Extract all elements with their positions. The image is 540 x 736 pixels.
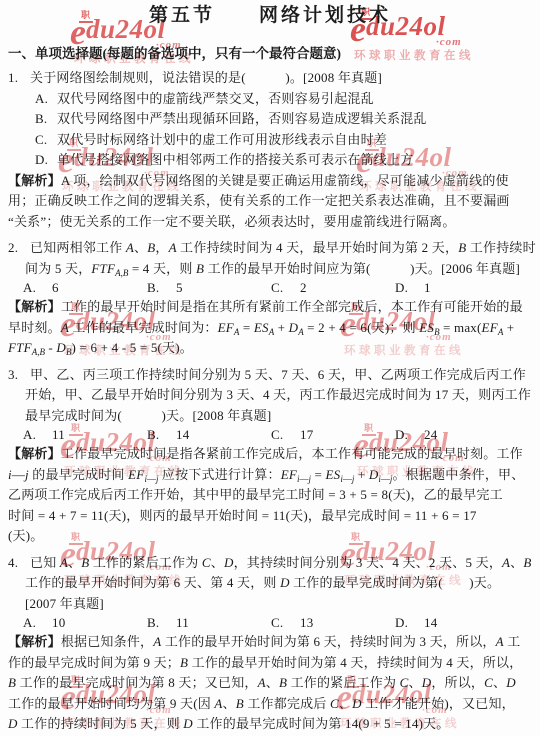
option-a: A.10 xyxy=(23,614,147,632)
option-label: B. xyxy=(147,614,168,632)
option-value: 14 xyxy=(176,426,189,444)
option-label: D. xyxy=(395,614,416,632)
option-value: 2 xyxy=(300,279,307,297)
option-b: B.双代号网络图中严禁出现循环回路，否则容易造成逻辑关系混乱 xyxy=(0,109,540,130)
analysis-line: i—j 的最早完成时间 EFi—j 应按下式进行计算：EFi—j = ESi—j… xyxy=(0,465,540,486)
option-text: 双代号网络图中严禁出现循环回路，否则容易造成逻辑关系混乱 xyxy=(57,111,427,126)
question-stem-line: [2007 年真题] xyxy=(0,594,540,615)
option-d: D.14 xyxy=(395,614,519,632)
question-stem-line: 最早完成时间为( )天。[2008 年真题] xyxy=(0,406,540,427)
question-stem: 3.甲、乙、丙三项工作持续时间分别为 5 天、7 天、6 天，甲、乙两项工作完成… xyxy=(0,365,540,386)
analysis-line: (天)。 xyxy=(0,526,540,547)
option-value: 11 xyxy=(52,426,65,444)
question-stem-line: 开始，甲、乙最早开始时间分别为 3 天、4 天，丙工作最迟完成时间为 17 天，… xyxy=(0,385,540,406)
question-4: 4.已知 A、B 工作的紧后工作为 C、D，其持续时间分别为 3 天、4 天、2… xyxy=(0,553,540,735)
page-content: 第五节 网络计划技术 一、单项选择题(每题的备选项中，只有一个最符合题意) 1.… xyxy=(0,0,540,735)
option-d: D.单代号搭接网络图中相邻两工作的搭接关系可表示在箭线上方 xyxy=(0,150,540,171)
option-label: B. xyxy=(35,109,57,130)
analysis-line: 工作的最早开始时间均为第 9 天(因 A、B 工作都完成后 C、D 工作才能开始… xyxy=(0,694,540,715)
option-a: A.11 xyxy=(23,426,147,444)
option-c: C.2 xyxy=(271,279,395,297)
option-text: 单代号搭接网络图中相邻两工作的搭接关系可表示在箭线上方 xyxy=(57,152,413,167)
question-number: 3. xyxy=(0,365,30,386)
option-c: C.13 xyxy=(271,614,395,632)
option-c: C.双代号时标网络计划中的虚工作可用波形线表示自由时差 xyxy=(0,130,540,151)
option-label: C. xyxy=(271,426,292,444)
question-1: 1.关于网络图绘制规则，说法错误的是( )。[2008 年真题] A.双代号网络… xyxy=(0,68,540,232)
option-label: A. xyxy=(23,426,44,444)
option-value: 24 xyxy=(424,426,437,444)
option-d: D.24 xyxy=(395,426,519,444)
option-label: C. xyxy=(271,279,292,297)
question-stem: 1.关于网络图绘制规则，说法错误的是( )。[2008 年真题] xyxy=(0,68,540,89)
option-text: 双代号网络图中的虚箭线严禁交叉，否则容易引起混乱 xyxy=(57,91,374,106)
analysis-line: 早时刻。A 工作的最早完成时间为：EFA = ESA + DA = 2 + 4 … xyxy=(0,318,540,339)
analysis-line: 作的最早完成时间为第 9 天；B 工作的最早开始时间为第 4 天，持续时间为 4… xyxy=(0,653,540,674)
option-label: D. xyxy=(35,150,57,171)
question-stem: 2.已知两相邻工作 A、B，A 工作持续时间为 4 天，最早开始时间为第 2 天… xyxy=(0,238,540,259)
option-value: 14 xyxy=(424,614,437,632)
scanned-exam-page: 职edu24ol·com环球职业教育在线职edu24ol·com环球职业教育在线… xyxy=(0,0,540,736)
question-number: 4. xyxy=(0,553,30,574)
option-value: 1 xyxy=(424,279,431,297)
option-label: D. xyxy=(395,279,416,297)
question-stem-line: 间为 5 天，FTFA,B = 4 天，则 B 工作的最早开始时间应为第( )天… xyxy=(0,259,540,280)
analysis-line: 【解析】根据已知条件，A 工作的最早开始时间为第 6 天，持续时间为 3 天，所… xyxy=(0,632,540,653)
option-label: A. xyxy=(35,89,57,110)
option-c: C.17 xyxy=(271,426,395,444)
option-d: D.1 xyxy=(395,279,519,297)
question-number: 2. xyxy=(0,238,30,259)
option-label: C. xyxy=(35,130,57,151)
option-value: 5 xyxy=(176,279,183,297)
analysis-line: 用；正确反映工作之间的逻辑关系，使有关系的工作一定把关系表达准确，且不要漏画 xyxy=(0,191,540,212)
option-label: B. xyxy=(147,426,168,444)
option-a: A.6 xyxy=(23,279,147,297)
option-label: B. xyxy=(147,279,168,297)
analysis-line: 【解析】工作的最早开始时间是指在其所有紧前工作全部完成后，本工作有可能开始的最 xyxy=(0,297,540,318)
option-value: 6 xyxy=(52,279,59,297)
analysis-line: “关系”；使无关系的工作一定不要关联，必须表达时，要用虚箭线进行隔离。 xyxy=(0,212,540,233)
analysis-line: B 工作的最早完成时间为第 8 天；又已知，A、B 工作的紧后工作为 C、D，所… xyxy=(0,673,540,694)
analysis-line: D 工作的持续时间为 5 天，则 D 工作的最早完成时间为第 14(9 + 5 … xyxy=(0,714,540,735)
option-label: A. xyxy=(23,279,44,297)
analysis-line: 时间 = 4 + 7 = 11(天)，则丙的最早开始时间 = 11(天)，最早完… xyxy=(0,506,540,527)
option-a: A.双代号网络图中的虚箭线严禁交叉，否则容易引起混乱 xyxy=(0,89,540,110)
analysis-line: 【解析】工作最早完成时间是指各紧前工作完成后，本工作有可能完成的最早时刻。工作 xyxy=(0,444,540,465)
options-row: A.11B.14C.17D.24 xyxy=(0,426,540,444)
option-label: C. xyxy=(271,614,292,632)
question-stem-line: 已知 A、B 工作的紧后工作为 C、D，其持续时间分别为 3 天、4 天、2 天… xyxy=(30,555,532,570)
question-stem-line: 已知两相邻工作 A、B，A 工作持续时间为 4 天，最早开始时间为第 2 天，B… xyxy=(30,240,536,255)
option-value: 13 xyxy=(300,614,313,632)
section-heading: 一、单项选择题(每题的备选项中，只有一个最符合题意) xyxy=(8,46,540,62)
option-label: D. xyxy=(395,426,416,444)
option-value: 11 xyxy=(176,614,189,632)
page-title: 第五节 网络计划技术 xyxy=(0,0,540,27)
question-number: 1. xyxy=(0,68,30,89)
question-stem-line: 关于网络图绘制规则，说法错误的是( )。[2008 年真题] xyxy=(30,70,382,85)
option-text: 双代号时标网络计划中的虚工作可用波形线表示自由时差 xyxy=(57,132,387,147)
question-3: 3.甲、乙、丙三项工作持续时间分别为 5 天、7 天、6 天，甲、乙两项工作完成… xyxy=(0,365,540,547)
analysis-line: 【解析】A 项，绘制双代号网络图的关键是要正确运用虚箭线，尽可能减少虚箭线的使 xyxy=(0,171,540,192)
option-label: A. xyxy=(23,614,44,632)
options-row: A.6B.5C.2D.1 xyxy=(0,279,540,297)
analysis-line: 乙两项工作完成后丙工作开始，其中甲的最早完工时间 = 3 + 5 = 8(天)，… xyxy=(0,485,540,506)
question-2: 2.已知两相邻工作 A、B，A 工作持续时间为 4 天，最早开始时间为第 2 天… xyxy=(0,238,540,359)
analysis-line: FTFA,B - DB) = 6 + 4 - 5 = 5(天)。 xyxy=(0,338,540,359)
option-b: B.5 xyxy=(147,279,271,297)
option-value: 10 xyxy=(52,614,65,632)
question-stem: 4.已知 A、B 工作的紧后工作为 C、D，其持续时间分别为 3 天、4 天、2… xyxy=(0,553,540,574)
option-b: B.11 xyxy=(147,614,271,632)
question-stem-line: 工作的最早开始时间为第 6 天、第 4 天，则 D 工作的最早完成时间为第( )… xyxy=(0,573,540,594)
options-row: A.10B.11C.13D.14 xyxy=(0,614,540,632)
option-value: 17 xyxy=(300,426,313,444)
option-b: B.14 xyxy=(147,426,271,444)
question-stem-line: 甲、乙、丙三项工作持续时间分别为 5 天、7 天、6 天，甲、乙两项工作完成后丙… xyxy=(30,367,526,382)
